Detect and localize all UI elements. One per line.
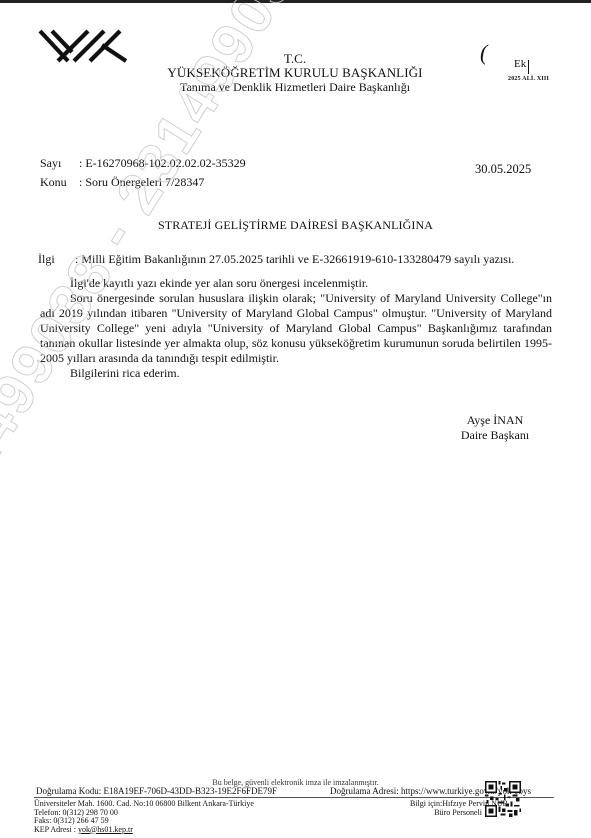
contact-address-block: Üniversiteler Mah. 1600. Cad. No:10 0680…	[34, 800, 254, 834]
qr-code-icon	[484, 781, 522, 817]
body-paragraph-2: Soru önergesinde sorulan hususlara ilişk…	[40, 291, 552, 366]
yok-logo-icon	[38, 28, 130, 64]
attachment-label: Ek	[514, 58, 526, 70]
reference-number-label: Sayı	[40, 156, 76, 171]
info-contact-role: Büro Personeli	[410, 809, 482, 818]
info-contact: Bilgi için:Hıfzıye Pervin NUR Büro Perso…	[410, 800, 482, 817]
verification-code: Doğrulama Kodu: E18A19EF-706D-43DD-B323-…	[36, 786, 277, 796]
body-paragraph-3: Bilgilerini rica ederim.	[40, 366, 552, 381]
kep-address-link[interactable]: yok@hs01.kep.tr	[78, 825, 133, 834]
document-date: 30.05.2025	[475, 162, 531, 177]
attachment-stamp: ( Ek 2025 ALİ. XIII	[480, 16, 570, 86]
signatory-name: Ayşe İNAN	[440, 413, 550, 428]
kep-label: KEP Adresi :	[34, 825, 78, 834]
subject-label: Konu	[40, 175, 76, 190]
signature-block: Ayşe İNAN Daire Başkanı	[440, 413, 550, 443]
stamp-subtext: 2025 ALİ. XIII	[508, 76, 549, 82]
stamp-mark-icon: (	[480, 40, 487, 66]
kep-row: KEP Adresi : yok@hs01.kep.tr	[34, 826, 254, 835]
signatory-title: Daire Başkanı	[440, 428, 550, 443]
footer-divider	[34, 797, 554, 798]
